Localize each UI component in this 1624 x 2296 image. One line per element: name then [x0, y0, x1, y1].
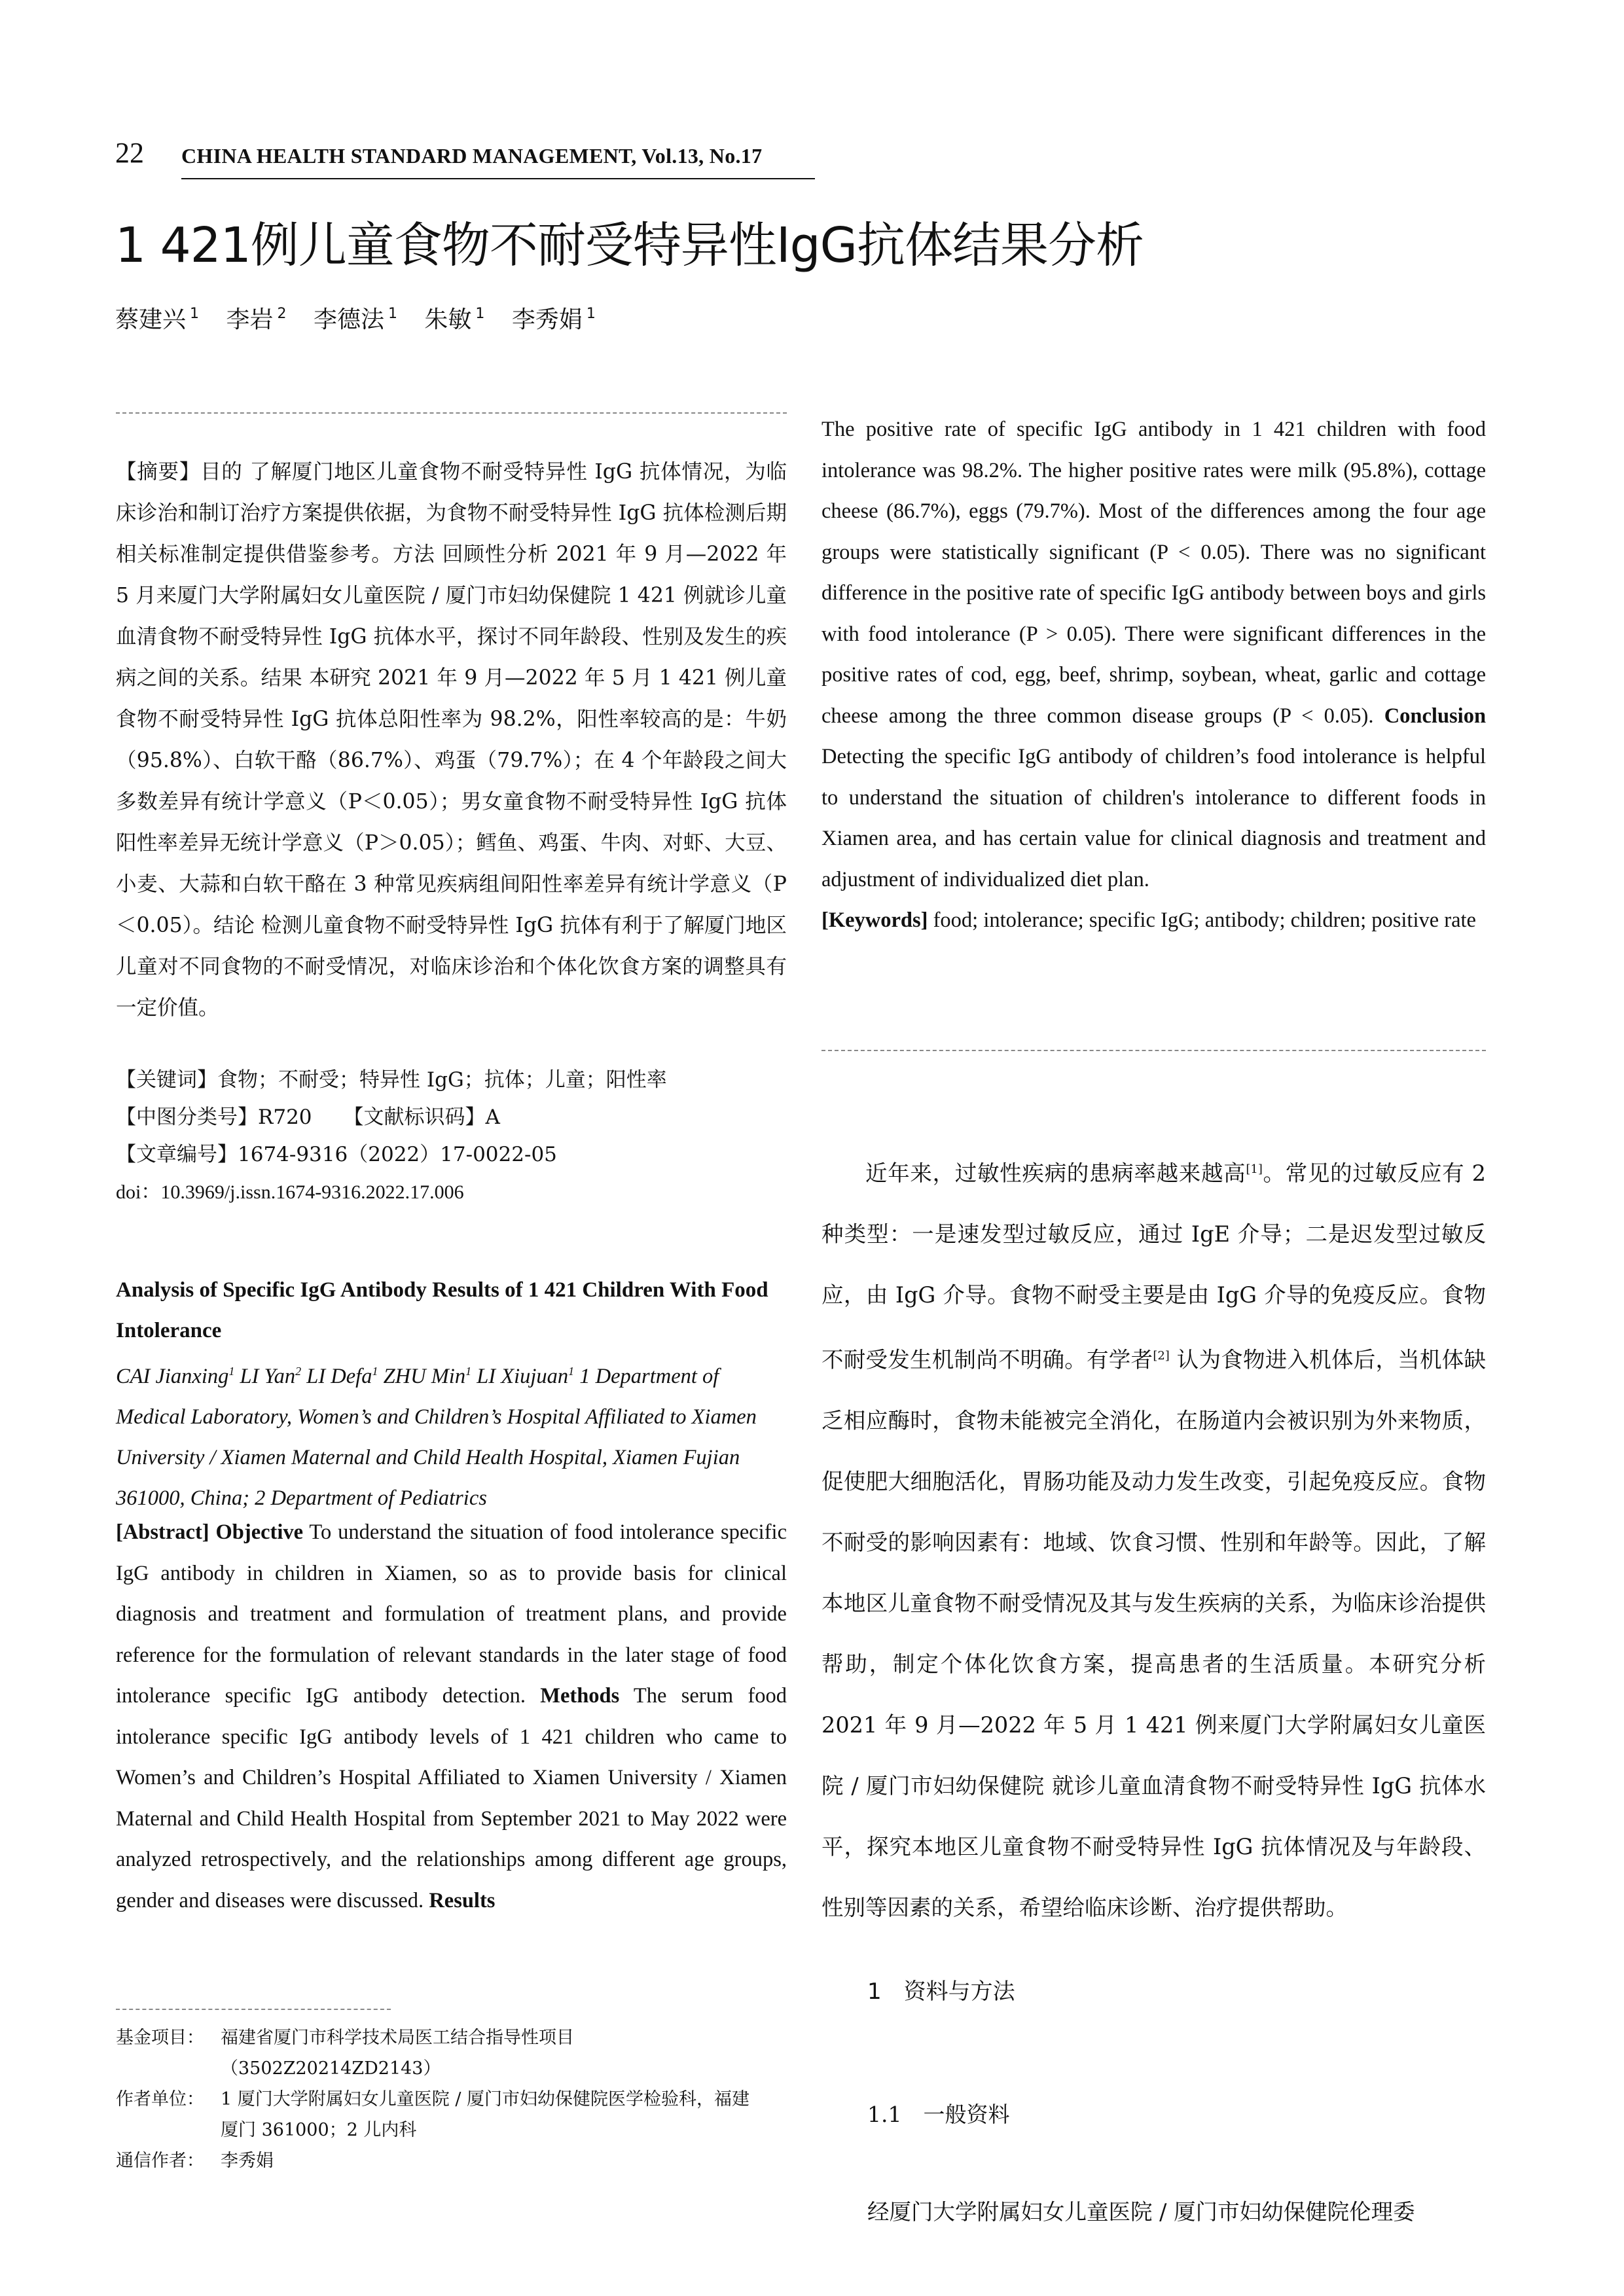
author-affiliation-mark: 2 [277, 306, 286, 322]
corresponding-author-value: 李秀娟 [221, 2145, 770, 2176]
article-number-row: 【文章编号】1674-9316（2022）17-0022-05 [116, 1136, 787, 1174]
fund-row: 基金项目：福建省厦门市科学技术局医工结合指导性项目（3502Z20214ZD21… [116, 2022, 770, 2084]
keywords-label: 【关键词】 [116, 1068, 217, 1092]
doi[interactable]: doi：10.3969/j.issn.1674-9316.2022.17.006 [116, 1174, 787, 1211]
author: 李岩2 [226, 306, 286, 333]
corresponding-author-label: 通信作者： [116, 2145, 221, 2176]
unit-value: 1 厦门大学附属妇女儿童医院 / 厦门市妇幼保健院医学检验科，福建 厦门 361… [221, 2084, 770, 2145]
author: 李秀娟1 [512, 306, 596, 333]
body-paragraph: 经厦门大学附属妇女儿童医院 / 厦门市妇幼保健院伦理委 [867, 2196, 1415, 2229]
author-name: 蔡建兴 [115, 306, 186, 333]
conclusion-en-text: Detecting the specific IgG antibody of c… [821, 745, 1486, 891]
conclusion-label: 结论 [213, 914, 255, 937]
citation-2[interactable]: [2] [1153, 1349, 1170, 1363]
corresponding-author-row: 通信作者：李秀娟 [116, 2145, 770, 2176]
author-affiliation-mark: 1 [228, 1365, 234, 1378]
author-affiliation-mark: 1 [388, 306, 397, 322]
section-heading-1: 1 资料与方法 [867, 1973, 1015, 2005]
author-affiliation-mark: 1 [372, 1365, 378, 1378]
intro-text: 。常见的过敏反应有 2 种类型：一是速发型过敏反应，通过 IgE 介导；二是迟发… [821, 1160, 1486, 1372]
article-title: 1 421例儿童食物不耐受特异性IgG抗体结果分析 [115, 207, 1144, 276]
author: 朱敏1 [424, 306, 484, 333]
author-affiliation-mark: 1 [586, 306, 596, 322]
methods-en-label: Methods [540, 1684, 619, 1708]
methods-en-text: The serum food intolerance specific IgG … [116, 1684, 787, 1912]
footnote-divider [116, 2009, 391, 2010]
clc-label: 【中图分类号】 [116, 1105, 258, 1129]
abstract-label: 【摘要】 [116, 460, 200, 484]
english-author: LI Xiujuan [477, 1365, 568, 1388]
doc-code-label: 【文献标识码】 [344, 1105, 486, 1129]
objective-label: 目的 [200, 460, 243, 484]
abstract-zh: 【摘要】目的 了解厦门地区儿童食物不耐受特异性 IgG 抗体情况，为临床诊治和制… [116, 452, 787, 1029]
methods-label: 方法 [393, 543, 435, 566]
abstract-en-part1: [Abstract] Objective To understand the s… [116, 1512, 787, 1921]
keywords-zh: 【关键词】食物；不耐受；特异性 IgG；抗体；儿童；阳性率 [116, 1062, 787, 1099]
author-affiliation-mark: 1 [475, 306, 484, 322]
english-authors-affiliation: CAI Jianxing1 LI Yan2 LI Defa1 ZHU Min1 … [116, 1351, 787, 1518]
author-affiliation-mark: 1 [190, 306, 199, 322]
author-name: 朱敏 [424, 306, 471, 333]
doc-code-value: A [486, 1105, 500, 1129]
english-title: Analysis of Specific IgG Antibody Result… [116, 1270, 787, 1351]
author-affiliation-mark: 2 [295, 1365, 301, 1378]
intro-paragraph: 近年来，过敏性疾病的患病率越来越高[1]。常见的过敏反应有 2 种类型：一是速发… [821, 1139, 1486, 1938]
header-rule [181, 178, 815, 179]
fund-value: 福建省厦门市科学技术局医工结合指导性项目（3502Z20214ZD2143） [221, 2022, 770, 2084]
introduction: 近年来，过敏性疾病的患病率越来越高[1]。常见的过敏反应有 2 种类型：一是速发… [821, 1139, 1486, 1938]
fund-label: 基金项目： [116, 2022, 221, 2084]
section-heading-1-1: 1.1 一般资料 [867, 2098, 1009, 2128]
author-name: 李岩 [226, 306, 273, 333]
author-list: 蔡建兴1 李岩2 李德法1 朱敏1 李秀娟1 [115, 301, 615, 334]
english-author: ZHU Min [384, 1365, 466, 1388]
article-metadata: 【关键词】食物；不耐受；特异性 IgG；抗体；儿童；阳性率 【中图分类号】R72… [116, 1062, 787, 1211]
intro-text: 认为食物进入机体后，当机体缺乏相应酶时，食物未能被完全消化，在肠道内会被识别为外… [821, 1347, 1486, 1920]
page-number: 22 [115, 136, 144, 170]
conclusion-en-label: Conclusion [1384, 704, 1486, 728]
abstract-top-divider [116, 412, 787, 414]
keywords-en-label: [Keywords] [821, 908, 928, 932]
english-author: CAI Jianxing [116, 1365, 228, 1388]
journal-name: CHINA HEALTH STANDARD MANAGEMENT, Vol.13… [181, 144, 762, 168]
author-name: 李德法 [314, 306, 384, 333]
unit-row: 作者单位：1 厦门大学附属妇女儿童医院 / 厦门市妇幼保健院医学检验科，福建 厦… [116, 2084, 770, 2145]
english-author: LI Yan [240, 1365, 296, 1388]
keywords-value: 食物；不耐受；特异性 IgG；抗体；儿童；阳性率 [217, 1068, 667, 1092]
author: 蔡建兴1 [115, 306, 199, 333]
footnotes: 基金项目：福建省厦门市科学技术局医工结合指导性项目（3502Z20214ZD21… [116, 2022, 770, 2176]
abstract-bottom-divider [821, 1050, 1486, 1051]
results-text: 本研究 2021 年 9 月—2022 年 5 月 1 421 例儿童食物不耐受… [116, 666, 787, 937]
author-name: 李秀娟 [512, 306, 583, 333]
author-affiliation-mark: 1 [465, 1365, 471, 1378]
citation-1[interactable]: [1] [1246, 1162, 1263, 1176]
objective-en-label: Objective [216, 1520, 304, 1544]
abstract-en-label: [Abstract] [116, 1520, 209, 1544]
unit-label: 作者单位： [116, 2084, 221, 2145]
results-en-text: The positive rate of specific IgG antibo… [821, 418, 1486, 728]
keywords-en-value: food; intolerance; specific IgG; antibod… [928, 908, 1476, 932]
english-header: Analysis of Specific IgG Antibody Result… [116, 1270, 787, 1518]
clc-value: R720 [258, 1105, 312, 1129]
article-number-value: 1674-9316（2022）17-0022-05 [238, 1143, 557, 1166]
results-en-label: Results [429, 1889, 495, 1912]
results-label: 结果 [261, 666, 302, 690]
author: 李德法1 [314, 306, 397, 333]
english-author: LI Defa [306, 1365, 372, 1388]
abstract-en-part2: The positive rate of specific IgG antibo… [821, 409, 1486, 941]
classification-row: 【中图分类号】R720【文献标识码】A [116, 1099, 787, 1136]
article-number-label: 【文章编号】 [116, 1143, 238, 1166]
author-affiliation-mark: 1 [568, 1365, 574, 1378]
intro-text: 近年来，过敏性疾病的患病率越来越高 [865, 1160, 1246, 1186]
objective-en-text: To understand the situation of food into… [116, 1520, 787, 1708]
